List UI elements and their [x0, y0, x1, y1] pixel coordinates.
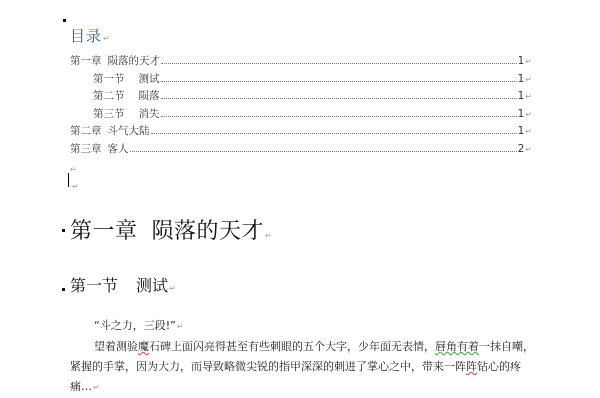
paragraph-mark-icon: ↵: [103, 34, 111, 43]
toc-entry-page: 1: [518, 125, 525, 137]
empty-paragraph: ↵: [71, 174, 79, 193]
toc-entry-chapter-3[interactable]: 第三章客人 2↵: [70, 141, 532, 159]
grammar-error-mark[interactable]: 唇角有着: [435, 340, 479, 353]
paragraph-text: “斗之力，三段!”: [94, 319, 176, 332]
toc-entry-number: 第三节: [93, 108, 125, 120]
section-number: 第一节: [70, 276, 118, 295]
paragraph-mark-icon: ↵: [177, 322, 184, 331]
paragraph-mark-icon: ↵: [525, 127, 532, 136]
heading-marker: [62, 229, 65, 232]
toc-entry-title: 客人: [108, 143, 129, 155]
toc-title: 目录↵: [70, 25, 111, 46]
toc-entry-number: 第二章: [70, 125, 102, 137]
chapter-title: 陨落的天才: [152, 219, 265, 244]
paragraph-mark-icon: ↵: [525, 57, 532, 66]
toc-entry-title: 斗气大陆: [108, 125, 150, 137]
text-cursor: [68, 173, 69, 187]
toc-entry-title: 测试: [139, 73, 160, 85]
paragraph-narrative: 望着测验魔石碑上面闪亮得甚至有些刺眼的五个大字，少年面无表情，唇角有着一抹自嘲，…: [70, 337, 540, 398]
toc-entry-title: 消失: [139, 108, 160, 120]
section-heading: 第一节测试↵: [70, 273, 176, 296]
heading-marker: [63, 19, 66, 22]
paragraph-mark-icon: ↵: [525, 92, 532, 101]
toc-dot-leader: [161, 115, 517, 117]
toc-entry-number: 第一节: [93, 73, 125, 85]
toc-entry-section-1[interactable]: 第一节测试 1↵: [70, 71, 532, 89]
toc-entry-page: 1: [518, 73, 525, 85]
section-title: 测试: [136, 276, 168, 295]
toc-entry-page: 2: [518, 143, 525, 155]
paragraph-mark-icon: ↵: [169, 284, 176, 293]
toc-dot-leader: [161, 80, 517, 82]
paragraph-mark-icon: ↵: [525, 145, 532, 154]
toc-entry-number: 第三章: [70, 143, 102, 155]
toc-entry-chapter-2[interactable]: 第二章斗气大陆 1↵: [70, 123, 532, 141]
toc-entry-page: 1: [518, 90, 525, 102]
heading-marker: [62, 288, 65, 291]
toc-title-text: 目录: [70, 27, 102, 45]
toc-dot-leader: [161, 62, 517, 64]
spelling-error-mark[interactable]: 魔: [138, 340, 149, 353]
table-of-contents: 第一章陨落的天才 1↵ 第一节测试 1↵ 第二节陨落 1↵ 第三节消失 1↵ 第…: [70, 53, 532, 159]
paragraph-text: 望着测验: [94, 340, 138, 353]
toc-dot-leader: [161, 97, 517, 99]
toc-entry-number: 第二节: [93, 90, 125, 102]
toc-entry-chapter-1[interactable]: 第一章陨落的天才 1↵: [70, 53, 532, 71]
body-text[interactable]: “斗之力，三段!”↵ 望着测验魔石碑上面闪亮得甚至有些刺眼的五个大字，少年面无表…: [70, 316, 540, 398]
toc-entry-section-3[interactable]: 第三节消失 1↵: [70, 106, 532, 124]
toc-entry-title: 陨落的天才: [108, 55, 161, 67]
toc-entry-page: 1: [518, 108, 525, 120]
toc-dot-leader: [130, 150, 517, 152]
toc-entry-title: 陨落: [139, 90, 160, 102]
toc-entry-number: 第一章: [70, 55, 102, 67]
paragraph-mark-icon: ↵: [93, 383, 100, 392]
chapter-heading: 第一章陨落的天才↵: [70, 214, 272, 245]
chapter-number: 第一章: [70, 219, 138, 244]
paragraph-mark-icon: ↵: [72, 182, 79, 191]
spelling-error-mark[interactable]: 阵: [466, 360, 477, 373]
paragraph-text: 石碑上面闪亮得甚至有些刺眼的五个大字，少年面无表情，: [149, 340, 435, 353]
paragraph-mark-icon: ↵: [265, 231, 272, 240]
paragraph-mark-icon: ↵: [70, 165, 77, 174]
toc-entry-page: 1: [518, 55, 525, 67]
paragraph-quote: “斗之力，三段!”↵: [70, 316, 540, 337]
document-page[interactable]: 目录↵ 第一章陨落的天才 1↵ 第一节测试 1↵ 第二节陨落 1↵ 第三节消失 …: [0, 0, 600, 398]
toc-dot-leader: [151, 132, 517, 134]
paragraph-mark-icon: ↵: [525, 75, 532, 84]
paragraph-mark-icon: ↵: [525, 110, 532, 119]
toc-entry-section-2[interactable]: 第二节陨落 1↵: [70, 88, 532, 106]
